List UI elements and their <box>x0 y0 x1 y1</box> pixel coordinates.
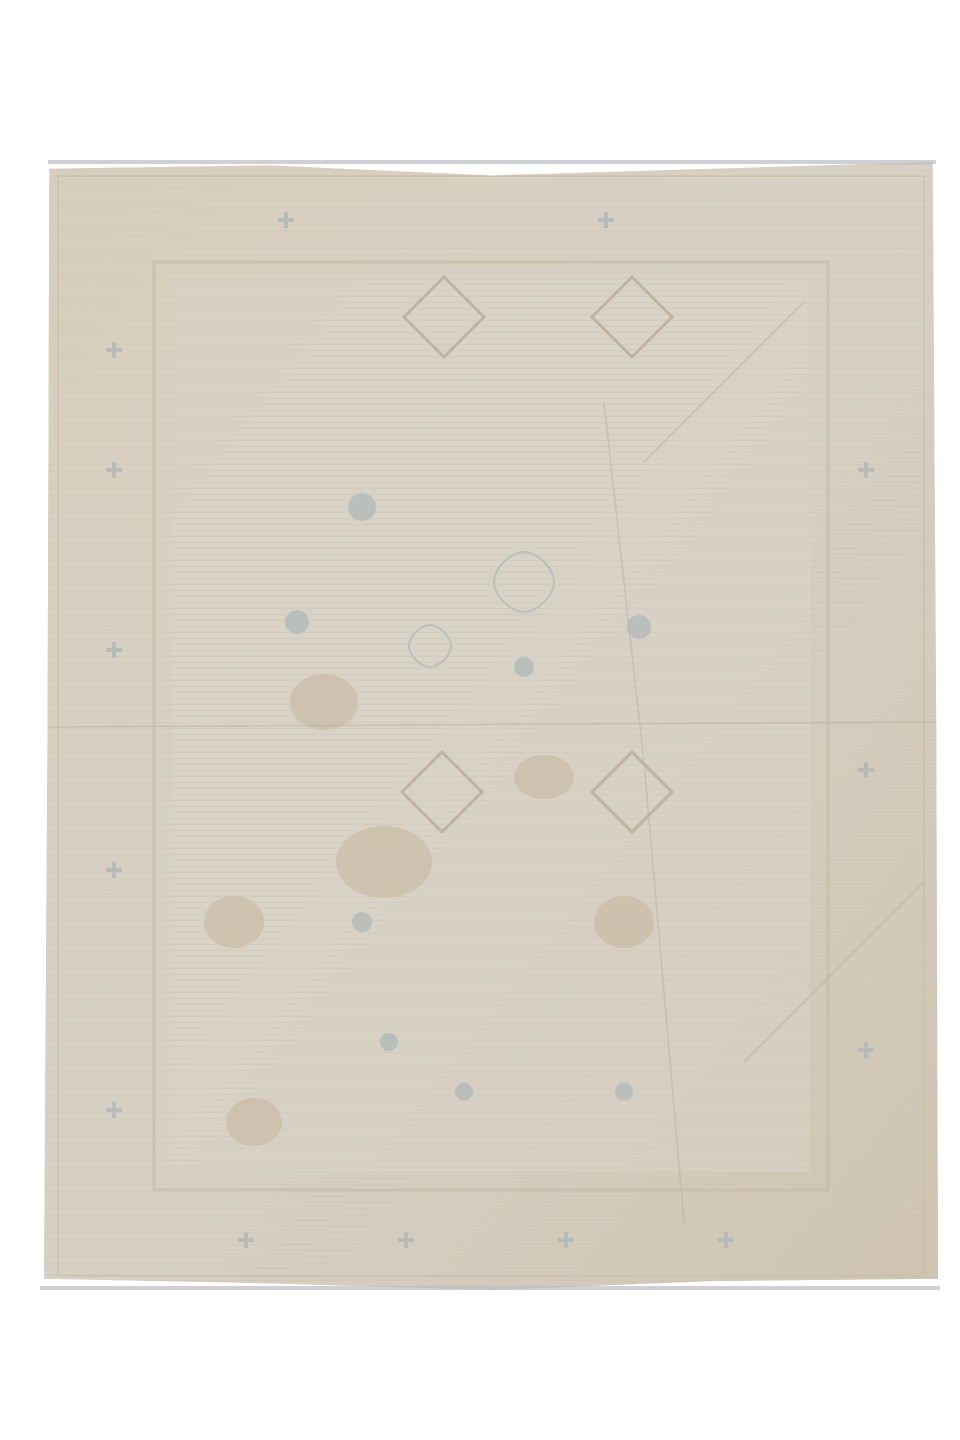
rug-pattern <box>44 162 938 1290</box>
product-photo <box>0 0 960 1440</box>
rug <box>44 162 938 1290</box>
rug-fringe-bottom <box>40 1286 940 1290</box>
rug-fringe-top <box>48 160 936 164</box>
